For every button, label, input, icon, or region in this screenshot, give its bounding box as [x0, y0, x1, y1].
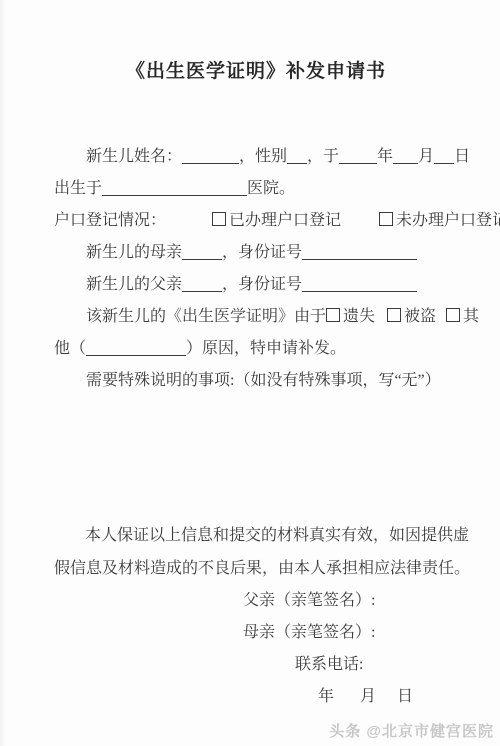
checkbox-option-other[interactable]: 其: [446, 301, 479, 333]
other-reason-prefix: 他（: [54, 340, 86, 357]
checkbox-option-lost[interactable]: 遗失: [326, 301, 375, 333]
date-line: 年月日: [318, 681, 458, 713]
birth-day-field[interactable]: [434, 146, 454, 164]
father-signature-line: 父亲（亲笔签名）:: [243, 585, 458, 617]
other-label: 其: [463, 308, 479, 325]
hospital-suffix-label: 医院。: [247, 180, 295, 197]
day-label: 日: [454, 148, 470, 165]
other-reason-suffix: ）原因，特申请补发。: [186, 340, 346, 357]
date-month-label: 月: [360, 688, 376, 705]
checkbox-option-unregistered[interactable]: 未办理户口登记: [379, 205, 500, 237]
checkbox-option-registered[interactable]: 已办理户口登记: [212, 205, 341, 237]
reason-line: 该新生儿的《出生医学证明》由于遗失被盗其: [54, 301, 458, 333]
checkbox-icon: [446, 308, 460, 322]
birth-year-field[interactable]: [339, 146, 377, 164]
month-label: 月: [418, 148, 434, 165]
checkbox-icon: [379, 212, 393, 226]
checkbox-icon: [326, 308, 340, 322]
page-title: 《出生医学证明》补发申请书: [54, 58, 458, 86]
gender-label: ，性别: [239, 148, 287, 165]
father-id-label: ，身份证号: [222, 276, 302, 293]
birth-month-field[interactable]: [393, 146, 418, 164]
other-reason-field[interactable]: [86, 338, 186, 356]
reason-line-2: 他（）原因，特申请补发。: [54, 333, 458, 365]
date-year-label: 年: [318, 688, 334, 705]
phone-line: 联系电话:: [295, 649, 458, 681]
declaration-line-2: 假信息及材料造成的不良后果，由本人承担相应法律责任。: [54, 552, 458, 585]
newborn-name-field[interactable]: [182, 146, 239, 164]
mother-signature-line: 母亲（亲笔签名）:: [243, 617, 458, 649]
year-label: 年: [377, 148, 393, 165]
mother-name-field[interactable]: [182, 242, 222, 260]
special-note-line: 需要特殊说明的事项:（如没有特殊事项，写“无”）: [54, 365, 458, 397]
checkbox-icon: [212, 212, 226, 226]
stolen-label: 被盗: [404, 308, 436, 325]
hospital-line: 出生于医院。: [54, 173, 458, 205]
checkbox-option-stolen[interactable]: 被盗: [387, 301, 436, 333]
hukou-line: 户口登记情况：已办理户口登记未办理户口登记: [54, 205, 458, 237]
newborn-name-label: 新生儿姓名：: [86, 148, 182, 165]
lost-label: 遗失: [343, 308, 375, 325]
document-page: 《出生医学证明》补发申请书 新生儿姓名：，性别，于年月日 出生于医院。 户口登记…: [0, 0, 500, 746]
mother-line: 新生儿的母亲，身份证号: [54, 237, 458, 269]
father-id-field[interactable]: [302, 274, 417, 292]
declaration-line-1: 本人保证以上信息和提交的材料真实有效，如因提供虚: [54, 519, 458, 552]
checkbox-icon: [387, 308, 401, 322]
declaration-paragraph: 本人保证以上信息和提交的材料真实有效，如因提供虚 假信息及材料造成的不良后果，由…: [54, 519, 458, 585]
gender-field[interactable]: [287, 146, 307, 164]
hukou-label: 户口登记情况：: [54, 212, 166, 229]
father-label: 新生儿的父亲: [86, 276, 182, 293]
reason-prefix-label: 该新生儿的《出生医学证明》由于: [86, 308, 326, 325]
born-on-label: ，于: [307, 148, 339, 165]
newborn-name-line: 新生儿姓名：，性别，于年月日: [54, 141, 458, 173]
hospital-field[interactable]: [102, 178, 247, 196]
mother-label: 新生儿的母亲: [86, 244, 182, 261]
mother-id-field[interactable]: [302, 242, 417, 260]
date-day-label: 日: [397, 688, 413, 705]
watermark: 头条 @北京市健宫医院: [329, 720, 494, 741]
father-line: 新生儿的父亲，身份证号: [54, 269, 458, 301]
registered-label: 已办理户口登记: [229, 212, 341, 229]
father-name-field[interactable]: [182, 274, 222, 292]
mother-id-label: ，身份证号: [222, 244, 302, 261]
hospital-prefix-label: 出生于: [54, 180, 102, 197]
unregistered-label: 未办理户口登记: [396, 212, 500, 229]
